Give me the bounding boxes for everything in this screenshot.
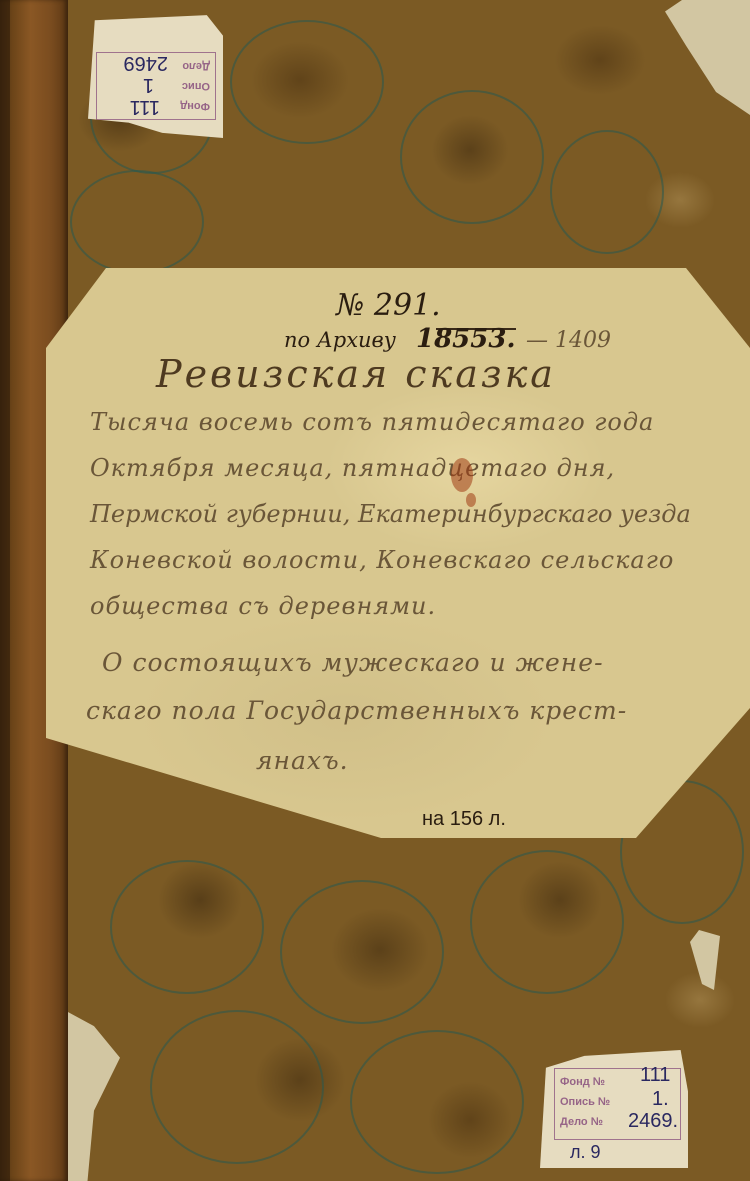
stamp-label-delo: Дело № <box>560 1116 603 1128</box>
ink-stain <box>466 493 476 507</box>
marble-vein <box>230 20 384 144</box>
body-line-4: Коневской волости, Коневскаго сельскаго <box>90 546 674 574</box>
file-cover: Фонд Опис Дело 111 1 2469 № 291. по Архи… <box>0 0 750 1181</box>
ink-stain <box>451 458 473 492</box>
delo-number: 2469 <box>124 51 169 74</box>
fond-number: 111 <box>640 1064 670 1087</box>
marble-vein <box>350 1030 524 1174</box>
archive-prefix: по Архиву <box>284 328 396 352</box>
stamp-label-fond: Фонд № <box>560 1076 605 1088</box>
title-label: № 291. по Архиву 18553. — 1409 Ревизская… <box>46 268 750 838</box>
marble-vein <box>280 880 444 1024</box>
sheets-note: л. 9 <box>570 1142 601 1163</box>
archive-number: 18553. <box>416 324 516 354</box>
marble-vein <box>550 130 664 254</box>
body-line-2: Октября месяца, пятнадцетаго дня, <box>90 454 615 482</box>
document-title: Ревизская сказка <box>156 352 556 396</box>
stamp-label-fond: Фонд <box>180 100 210 112</box>
body-line-1: Тысяча восемь сотъ пятидесятаго года <box>90 408 654 436</box>
body-line-3: Пермской губернии, Екатеринбургскаго уез… <box>90 500 691 528</box>
stamp-label-opis: Опись № <box>560 1096 610 1108</box>
body-line-5: общества съ деревнями. <box>90 592 436 620</box>
delo-number: 2469. <box>628 1110 678 1133</box>
archive-sticker-top: Фонд Опис Дело 111 1 2469 <box>88 10 223 138</box>
worn-paper-patch <box>665 0 750 115</box>
marble-vein <box>470 850 624 994</box>
marble-vein <box>110 860 264 994</box>
archive-suffix: — 1409 <box>526 328 611 353</box>
body-line-7: скаго пола Государственныхъ крест- <box>86 696 627 725</box>
sheet-count: на 156 л. <box>422 808 506 831</box>
archive-sticker-bottom: Фонд № Опись № Дело № 111 1. 2469. л. 9 <box>540 1050 688 1168</box>
upside-down-sticker-content: Фонд Опис Дело 111 1 2469 <box>108 40 218 120</box>
stamp-label-opis: Опис <box>182 80 210 92</box>
worn-paper-patch <box>690 930 720 990</box>
marble-vein <box>150 1010 324 1164</box>
marble-vein <box>70 170 204 274</box>
body-line-6: О состоящихъ мужескаго и жене- <box>102 648 604 677</box>
opis-number: 1. <box>652 1088 669 1111</box>
label-number: № 291. <box>336 288 441 323</box>
body-line-8: янахъ. <box>256 746 349 775</box>
fond-number: 111 <box>130 95 160 118</box>
spine-edge <box>0 0 10 1181</box>
stamp-label-delo: Дело <box>182 60 210 72</box>
opis-number: 1 <box>143 73 154 96</box>
marble-vein <box>400 90 544 224</box>
